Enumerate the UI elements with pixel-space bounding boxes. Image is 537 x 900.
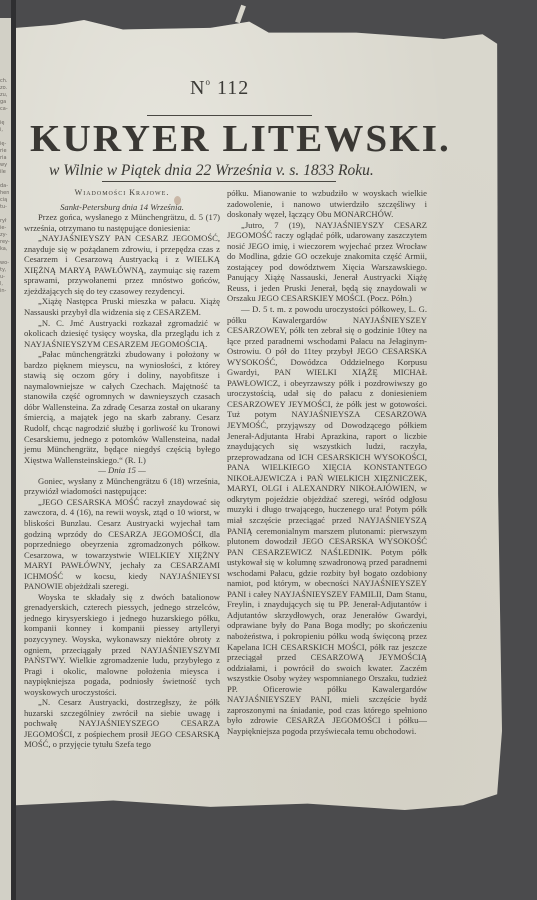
paragraph: — D. 5 t. m. z powodu uroczystości półko…	[227, 304, 427, 736]
issue-number-value: 112	[217, 77, 249, 99]
previous-page-fragments: ch. zo. zu, ga ca- ię i, ię- rie ria wy …	[0, 78, 11, 295]
newspaper-page: No 112 KURYER LITEWSKI. w Wilnie w Piąte…	[16, 20, 502, 810]
issue-number: No 112	[190, 77, 249, 100]
previous-page-margin: ch. zo. zu, ga ca- ię i, ię- rie ria wy …	[0, 18, 11, 900]
sub-dateline: — Dnia 15 —	[24, 465, 220, 476]
newspaper-title: KURYER LITEWSKI.	[30, 117, 451, 161]
paragraph: „JEGO CESARSKA MOŚĆ raczył znaydować się…	[24, 497, 220, 592]
paragraph: „N. C. Jmć Austryacki rozkazał zgromadzi…	[24, 318, 220, 350]
paragraph: „NAYJAŚNIEYSZY PAN CESARZ JEGOMOŚĆ, znay…	[24, 233, 220, 296]
right-column: półku. Mianowanie to wzbudziło w woyskac…	[227, 188, 427, 736]
section-heading: Wiadomości Krajowe.	[24, 188, 220, 199]
paragraph: Woyska te składały się z dwóch bataliono…	[24, 592, 220, 697]
masthead-rule-bottom	[102, 181, 336, 182]
paragraph: „Xiążę Następca Pruski mieszka w pałacu.…	[24, 296, 220, 317]
paragraph: „Pałac münchengrätzki zbudowany i położo…	[24, 349, 220, 465]
paragraph: Przez gońca, wysłanego z Münchengrätzu, …	[24, 212, 220, 233]
issue-prefix: N	[190, 77, 205, 99]
issue-dateline: w Wilnie w Piątek dnia 22 Września v. s.…	[49, 162, 374, 180]
book-gutter	[11, 0, 16, 900]
masthead-rule-top	[147, 115, 312, 116]
paper-tear	[235, 5, 246, 24]
paragraph: półku. Mianowanie to wzbudziło w woyskac…	[227, 188, 427, 220]
issue-suffix: o	[205, 77, 211, 87]
paragraph: „N. Cesarz Austryacki, dostrzegłszy, że …	[24, 697, 220, 750]
left-column: Wiadomości Krajowe. Sankt-Petersburg dni…	[24, 188, 220, 750]
paragraph: Goniec, wysłany z Münchengrätzu 6 (18) w…	[24, 476, 220, 497]
paragraph: „Jutro, 7 (19), NAYJAŚNIEYSZY CESARZ JEG…	[227, 220, 427, 304]
place-dateline: Sankt-Petersburg dnia 14 Września.	[24, 202, 220, 213]
